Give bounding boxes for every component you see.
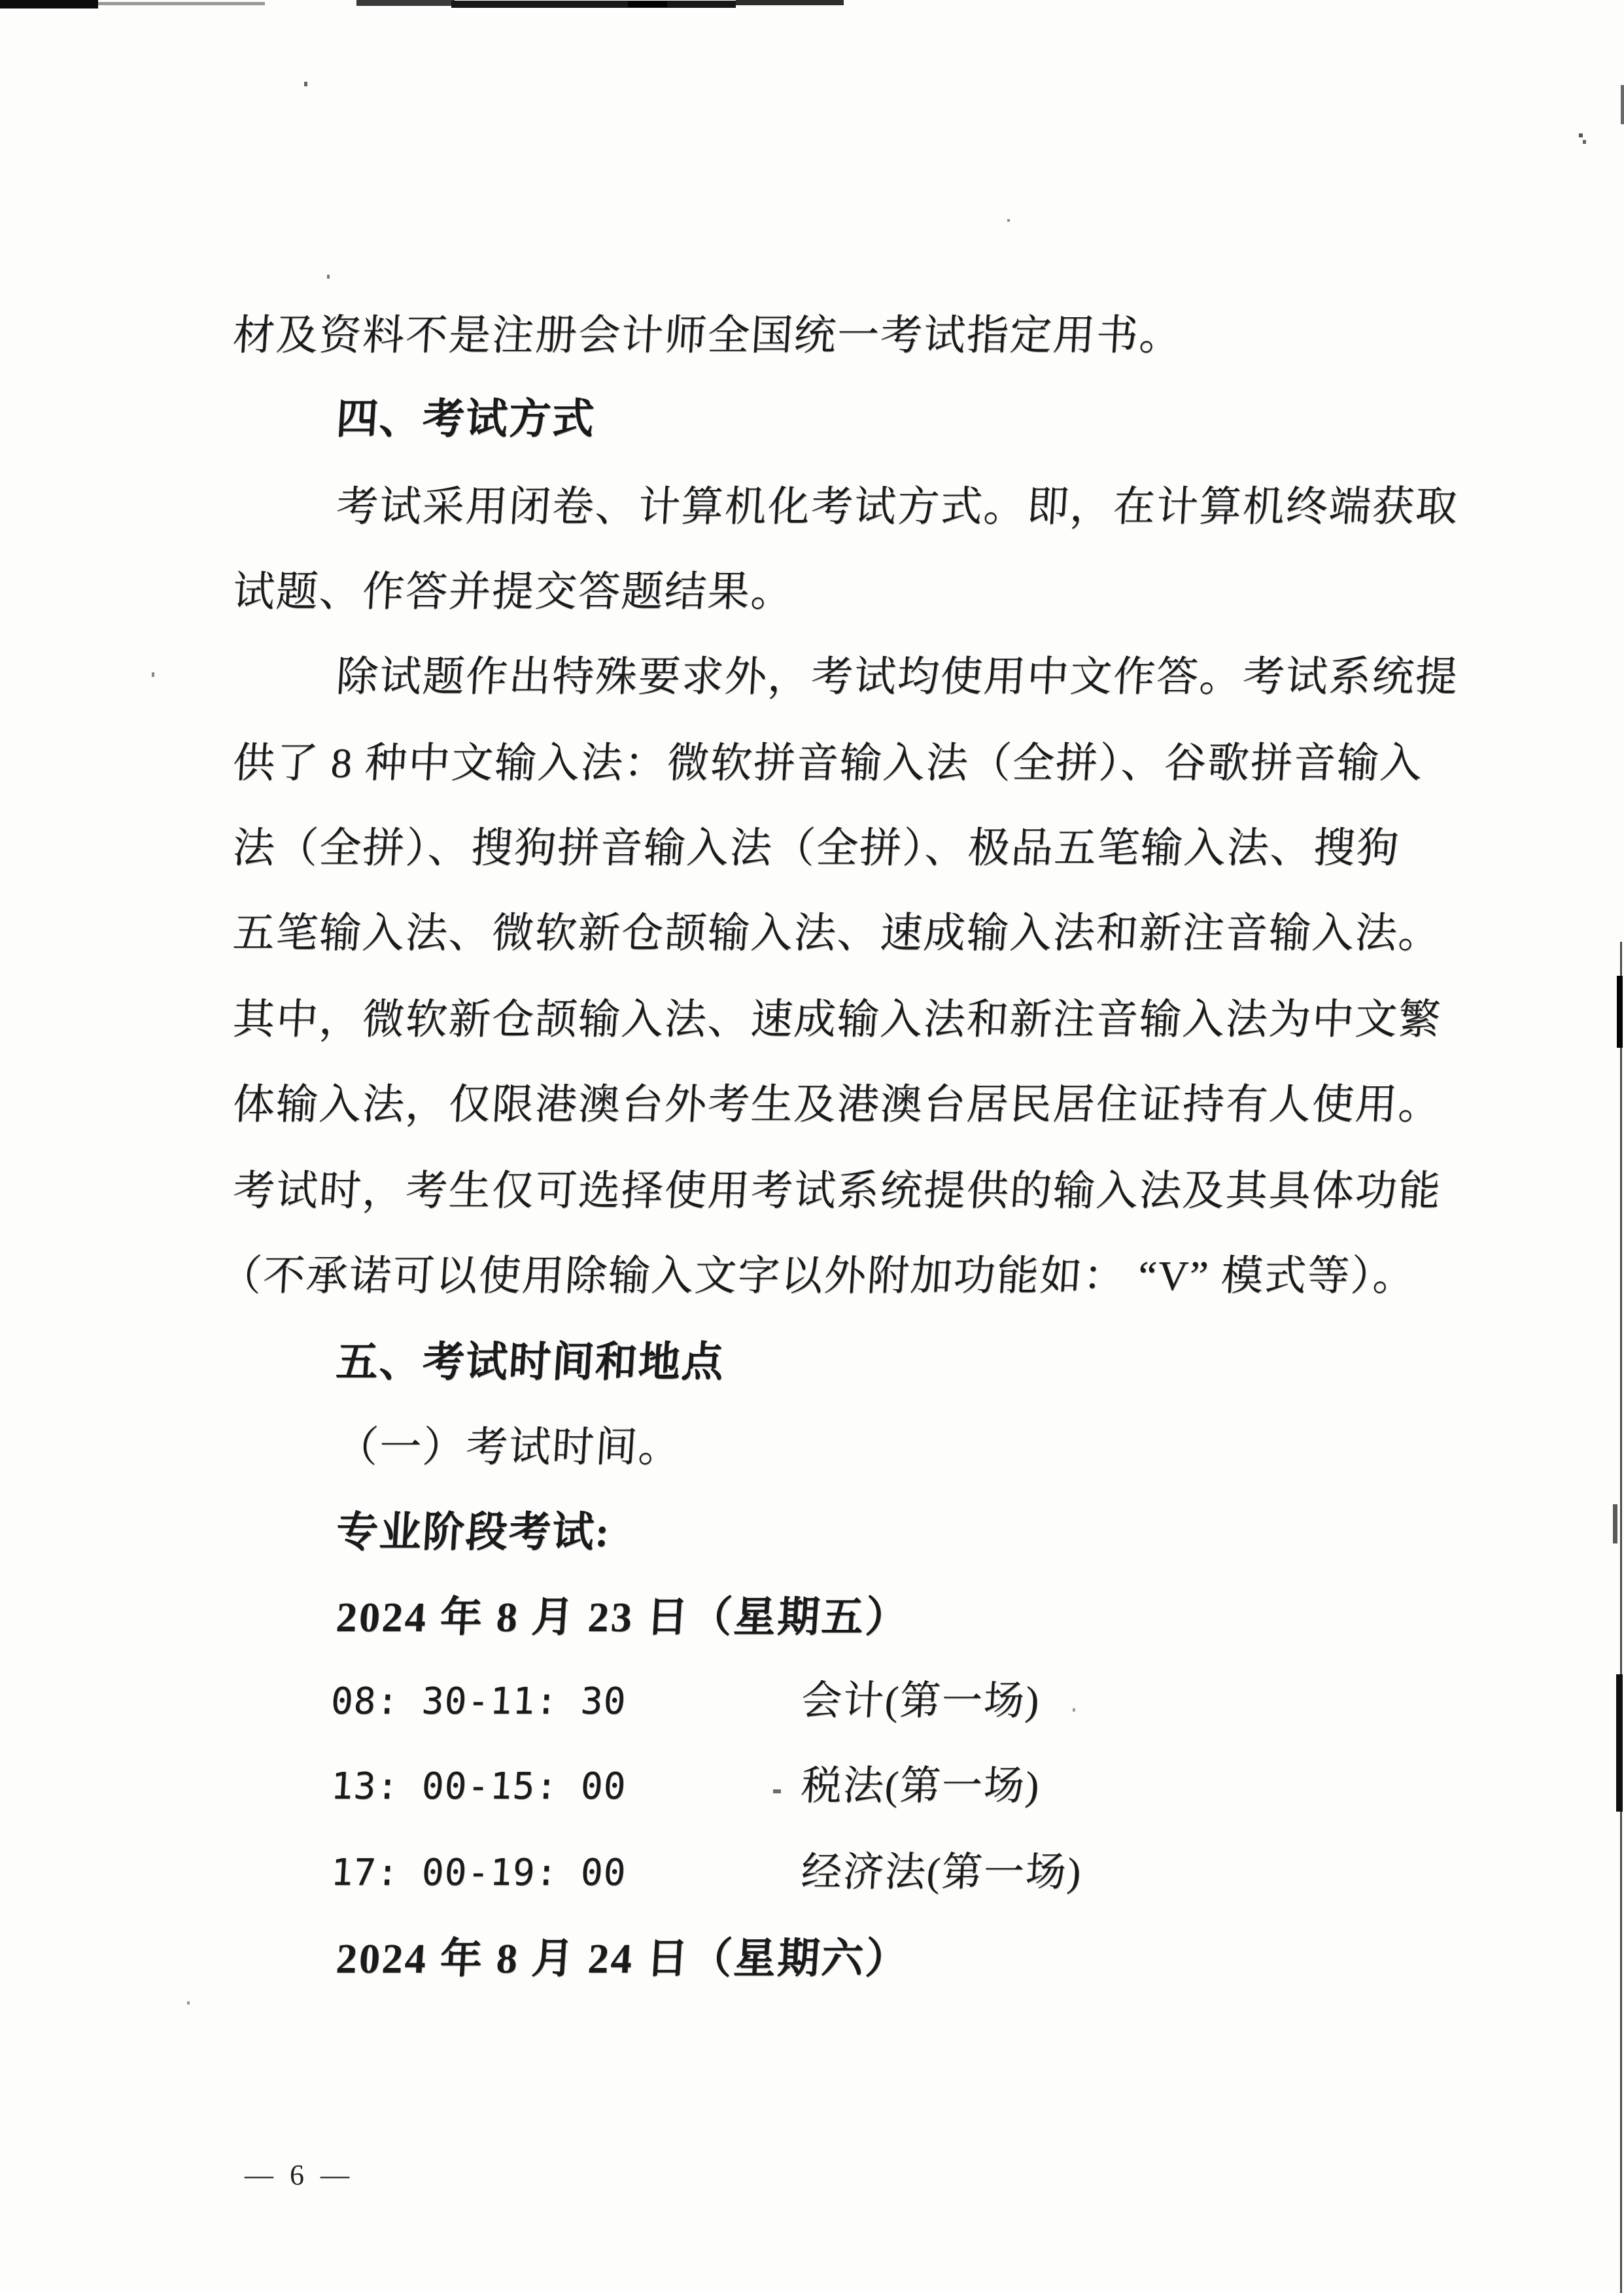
scan-speck [1007, 219, 1010, 222]
scan-streak [0, 0, 98, 9]
scan-edge-blob [1616, 1674, 1623, 1812]
scan-streak [628, 1, 667, 7]
body-line: 其中，微软新仓颉输入法、速成输入法和新注音输入法为中文繁 [232, 997, 1443, 1042]
section-heading-4: 四、考试方式 [335, 396, 596, 441]
body-line: 体输入法，仅限港澳台外考生及港澳台居民居住证持有人使用。 [232, 1082, 1443, 1127]
scan-edge-tick [1613, 1504, 1617, 1543]
scan-speck [187, 2001, 190, 2005]
scan-streak [736, 0, 844, 5]
schedule-subject: 会计(第一场) [800, 1680, 1041, 1723]
schedule-subject: 税法(第一场) [800, 1765, 1041, 1808]
scan-speck [1073, 1708, 1075, 1712]
scan-edge-line [1620, 942, 1622, 2293]
exam-date-heading-aug24: 2024 年 8 月 24 日（星期六） [335, 1936, 910, 1981]
scan-streak [451, 1, 736, 8]
schedule-subject: 经济法(第一场) [800, 1851, 1083, 1895]
body-line: 供了 8 种中文输入法：微软拼音输入法（全拼）、谷歌拼音输入 [232, 740, 1425, 785]
scan-speck [152, 672, 154, 677]
scan-streak [98, 2, 265, 5]
body-line: （不承诺可以使用除输入文字以外附加功能如： “V” 模式等）。 [218, 1253, 1417, 1298]
scan-edge-tick [1621, 85, 1624, 124]
scan-speck [773, 1789, 781, 1793]
schedule-time: 13: 00-15: 00 [330, 1767, 627, 1806]
schedule-time: 17: 00-19: 00 [330, 1853, 627, 1893]
scan-speck [628, 676, 631, 679]
scan-edge-blob [1617, 976, 1623, 1048]
scan-speck [1583, 140, 1586, 144]
scan-speck [1579, 133, 1583, 137]
body-line: 五笔输入法、微软新仓颉输入法、速成输入法和新注音输入法。 [232, 910, 1443, 956]
section-heading-5: 五、考试时间和地点 [335, 1339, 726, 1385]
scan-speck [304, 82, 307, 86]
scan-speck [327, 275, 330, 279]
body-line: 除试题作出特殊要求外，考试均使用中文作答。考试系统提 [335, 654, 1460, 699]
body-line: 法（全拼）、搜狗拼音输入法（全拼）、极品五笔输入法、搜狗 [232, 825, 1401, 871]
body-line: 试题、作答并提交答题结果。 [232, 569, 795, 614]
scanned-document-page: 材及资料不是注册会计师全国统一考试指定用书。 四、考试方式 考试采用闭卷、计算机… [0, 0, 1624, 2293]
subsection-label: （一）考试时间。 [335, 1424, 683, 1470]
body-line: 考试时，考生仅可选择使用考试系统提供的输入法及其具体功能 [232, 1168, 1443, 1213]
body-line: 考试采用闭卷、计算机化考试方式。即，在计算机终端获取 [335, 484, 1460, 529]
exam-date-heading-aug23: 2024 年 8 月 23 日（星期五） [335, 1595, 910, 1640]
schedule-time: 08: 30-11: 30 [330, 1682, 627, 1721]
stage-label: 专业阶段考试: [335, 1509, 612, 1555]
page-number: — 6 — [245, 2160, 354, 2191]
scan-streak [356, 0, 455, 6]
body-line-continuation: 材及资料不是注册会计师全国统一考试指定用书。 [232, 313, 1184, 358]
